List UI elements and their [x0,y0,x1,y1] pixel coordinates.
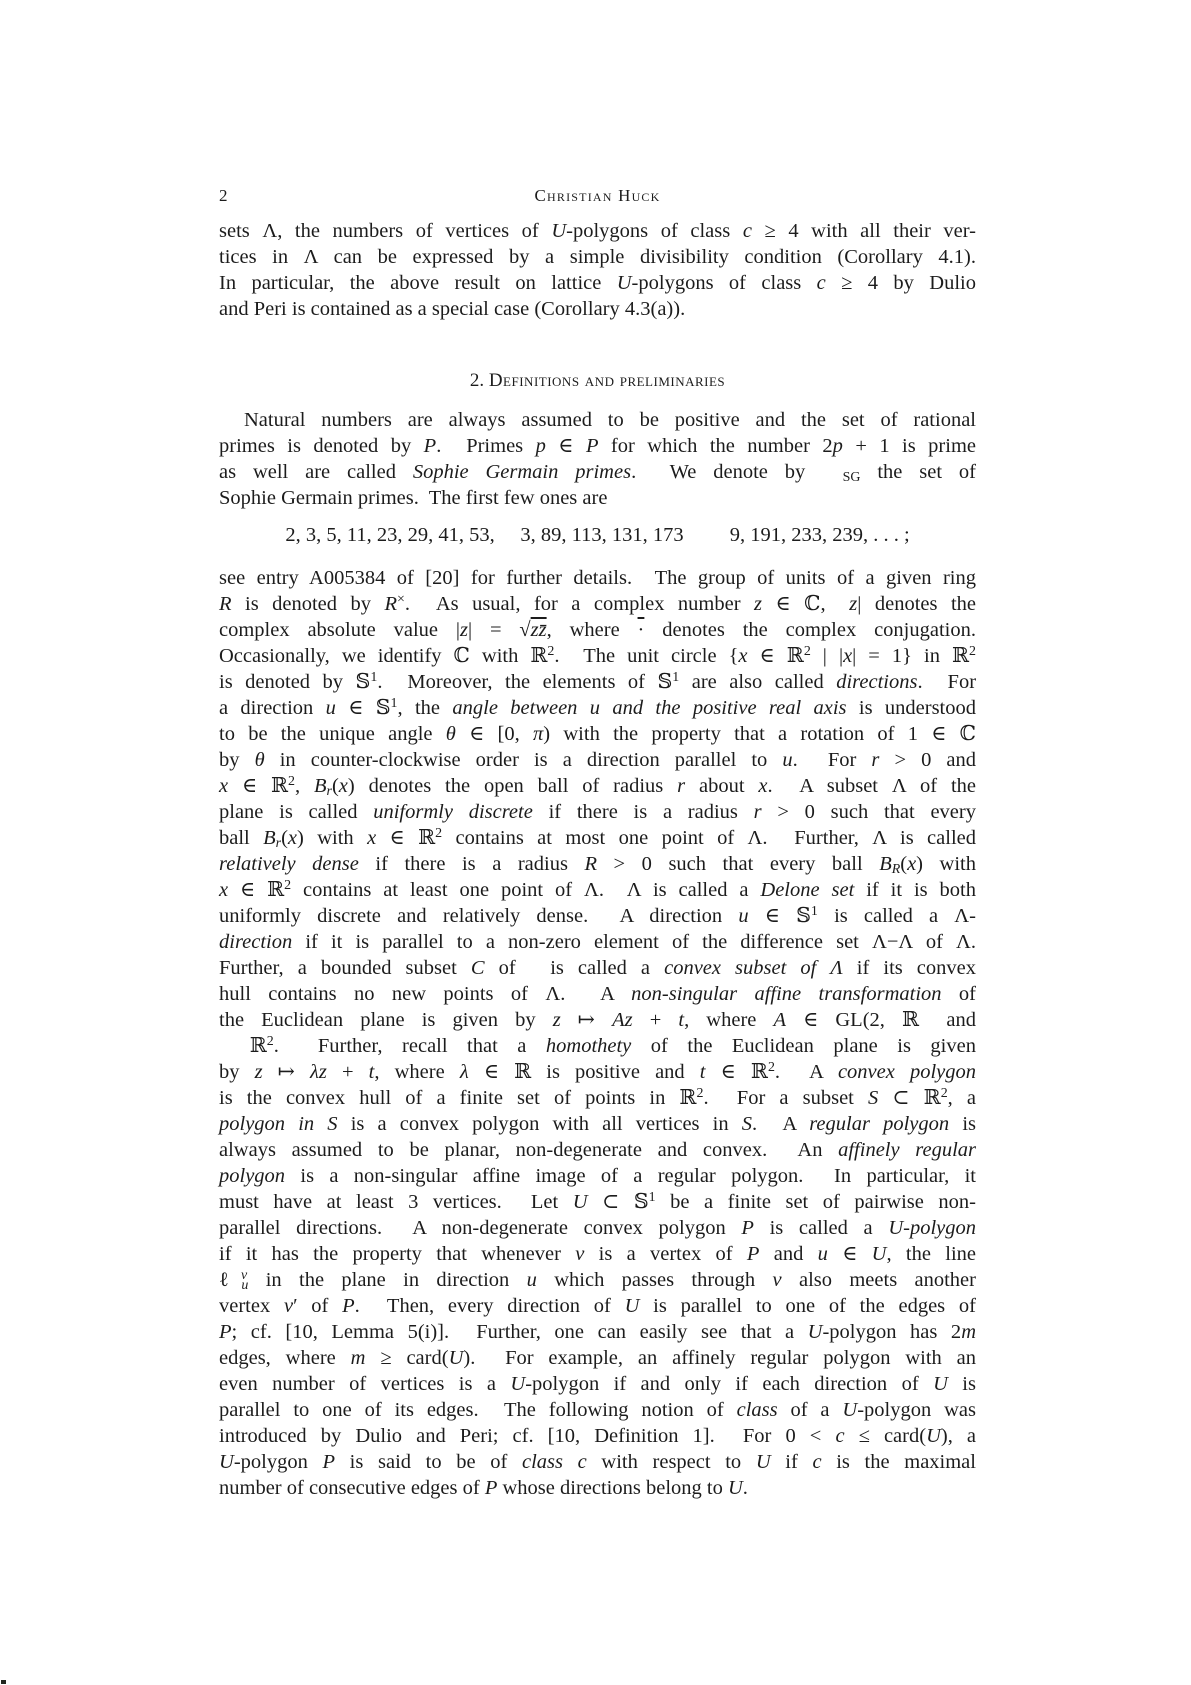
sophie-germain-primes-display: 2, 3, 5, 11, 23, 29, 41, 53, 3, 89, 113,… [219,522,976,549]
definitions-text-line: ℝ2. Further, recall that a homothety of … [219,1033,976,1059]
definitions-text-line: plane is called uniformly discrete if th… [219,799,976,825]
running-header: 2 Christian Huck [219,186,976,212]
definitions-text-line: Further, a bounded subset C of is called… [219,955,976,981]
definitions-text-line: P; cf. [10, Lemma 5(i)]. Further, one ca… [219,1319,976,1345]
definitions-text-line: number of consecutive edges of P whose d… [219,1475,976,1501]
definitions-text-line: parallel to one of its edges. The follow… [219,1397,976,1423]
definitions-text-line: ℓvu in the plane in direction u which pa… [219,1267,976,1293]
preliminaries-text-line: primes is denoted by P. Primes p ∈ P for… [219,433,976,459]
section-number: 2. [470,370,484,391]
intro-text-line: and Peri is contained as a special case … [219,296,976,322]
section-title: Definitions and preliminaries [489,370,725,391]
definitions-text-line: a direction u ∈ 𝕊1, the angle between u … [219,695,976,721]
intro-text-line: sets Λ, the numbers of vertices of U-pol… [219,218,976,244]
definitions-text-line: uniformly discrete and relatively dense.… [219,903,976,929]
definitions-text-line: even number of vertices is a U-polygon i… [219,1371,976,1397]
definitions-text-line: x ∈ ℝ2, Br(x) denotes the open ball of r… [219,773,976,799]
paragraph-intro: sets Λ, the numbers of vertices of U-pol… [219,218,976,322]
definitions-text-line: Occasionally, we identify ℂ with ℝ2. The… [219,643,976,669]
definitions-text-line: polygon in S is a convex polygon with al… [219,1111,976,1137]
definitions-text-line: vertex v′ of P. Then, every direction of… [219,1293,976,1319]
preliminaries-text-line: Sophie Germain primes. The first few one… [219,485,976,511]
preliminaries-text-line: as well are called Sophie Germain primes… [219,459,976,485]
definitions-text-line: U-polygon P is said to be of class c wit… [219,1449,976,1475]
definitions-text-line: is denoted by 𝕊1. Moreover, the elements… [219,669,976,695]
definitions-text-line: ball Br(x) with x ∈ ℝ2 contains at most … [219,825,976,851]
definitions-text-line: by θ in counter-clockwise order is a dir… [219,747,976,773]
section-heading: 2. Definitions and preliminaries [219,368,976,394]
page-number: 2 [219,186,228,206]
intro-text-line: tices in Λ can be expressed by a simple … [219,244,976,270]
definitions-text-line: is the convex hull of a finite set of po… [219,1085,976,1111]
definitions-text-line: complex absolute value |z| = √zz̄, where… [219,617,976,643]
definitions-text-line: if it has the property that whenever v i… [219,1241,976,1267]
definitions-text-line: polygon is a non-singular affine image o… [219,1163,976,1189]
definitions-text-line: parallel directions. A non-degenerate co… [219,1215,976,1241]
paragraph-definitions: see entry A005384 of [20] for further de… [219,565,976,1501]
preliminaries-text-line: Natural numbers are always assumed to be… [219,407,976,433]
definitions-text-line: see entry A005384 of [20] for further de… [219,565,976,591]
definitions-text-line: direction if it is parallel to a non-zer… [219,929,976,955]
scan-artifact-speck [1,1680,6,1684]
definitions-text-line: x ∈ ℝ2 contains at least one point of Λ.… [219,877,976,903]
definitions-text-line: always assumed to be planar, non-degener… [219,1137,976,1163]
definitions-text-line: by z ↦ λz + t, where λ ∈ ℝ is positive a… [219,1059,976,1085]
definitions-text-line: to be the unique angle θ ∈ [0, π) with t… [219,721,976,747]
definitions-text-line: introduced by Dulio and Peri; cf. [10, D… [219,1423,976,1449]
definitions-text-line: the Euclidean plane is given by z ↦ Az +… [219,1007,976,1033]
paper-page: 2 Christian Huck sets Λ, the numbers of … [0,0,1191,1685]
definitions-text-line: relatively dense if there is a radius R … [219,851,976,877]
paragraph-preliminaries: Natural numbers are always assumed to be… [219,407,976,511]
definitions-text-line: R is denoted by R×. As usual, for a comp… [219,591,976,617]
intro-text-line: In particular, the above result on latti… [219,270,976,296]
definitions-text-line: hull contains no new points of Λ. A non-… [219,981,976,1007]
definitions-text-line: edges, where m ≥ card(U). For example, a… [219,1345,976,1371]
definitions-text-line: must have at least 3 vertices. Let U ⊂ 𝕊… [219,1189,976,1215]
running-head-title: Christian Huck [219,186,976,206]
